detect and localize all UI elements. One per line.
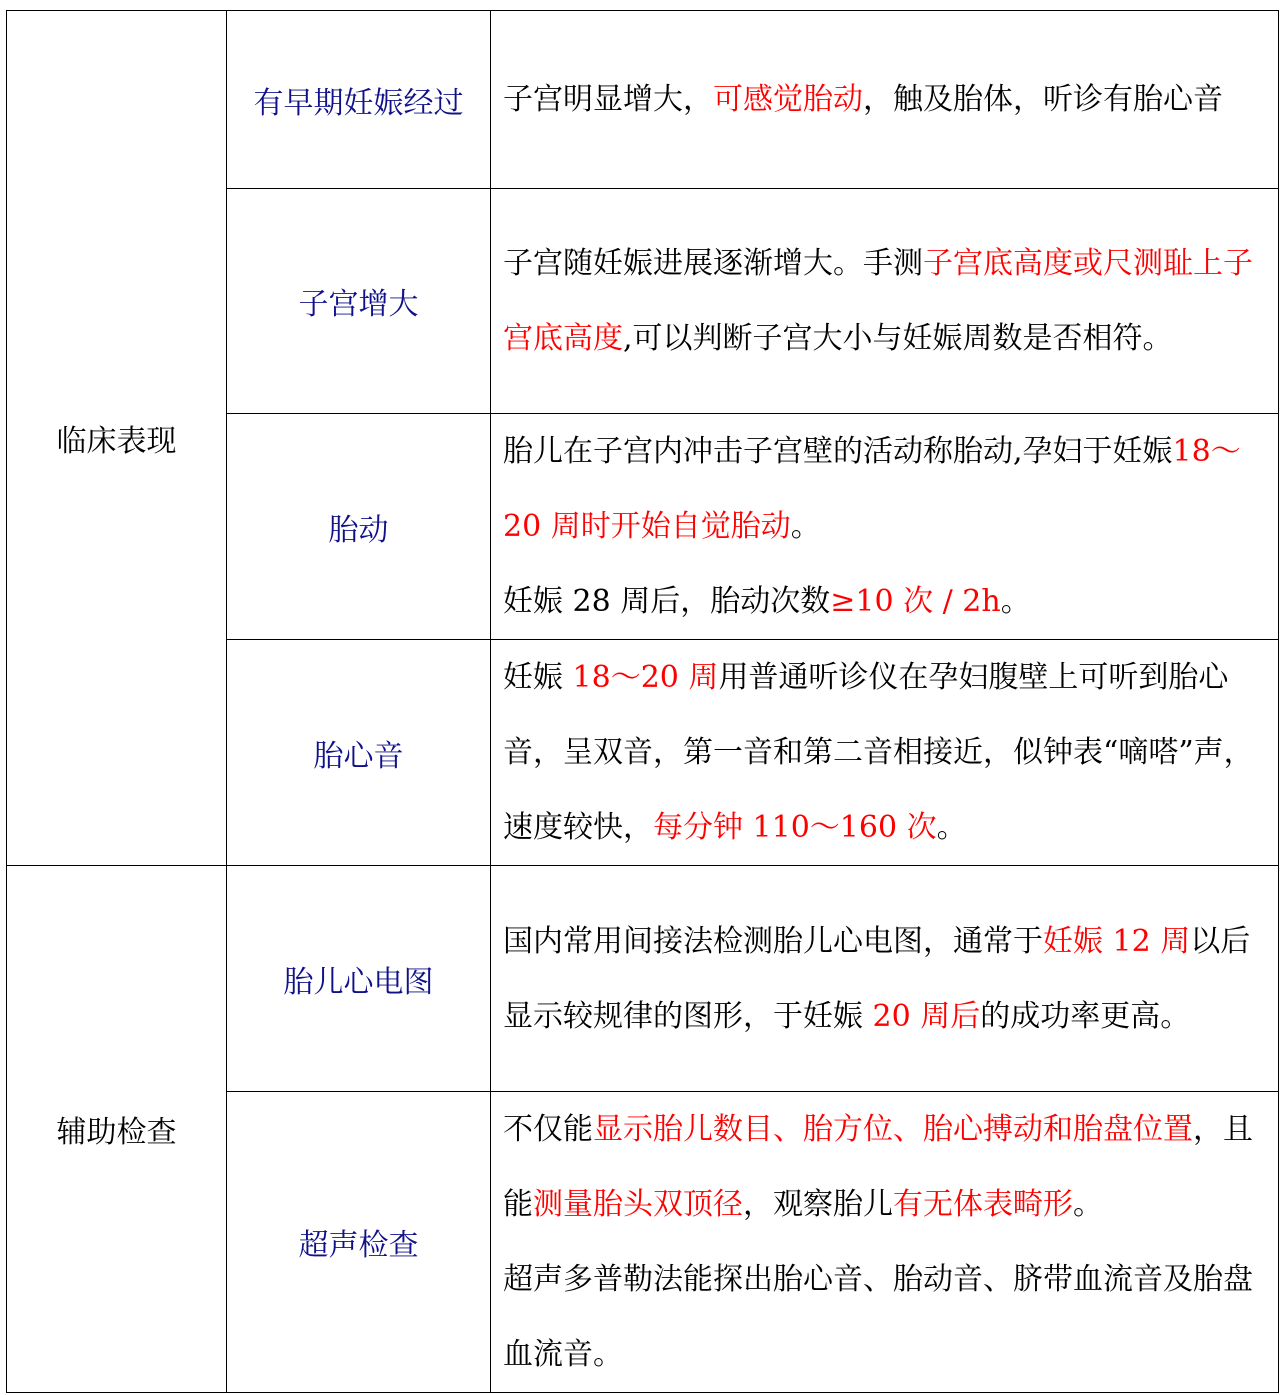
highlighted-text: ≥10 次 / 2h (830, 584, 1000, 619)
body-text: 。 (791, 509, 821, 544)
highlighted-text: 20 周后 (873, 999, 981, 1034)
subcategory-cell: 胎动 (227, 414, 491, 640)
body-text: ,可以判断子宫大小与妊娠周数是否相符。 (623, 321, 1173, 356)
body-text: 。 (937, 810, 967, 845)
content-paragraph: 子宫随妊娠进展逐渐增大。手测子宫底高度或尺测耻上子宫底高度,可以判断子宫大小与妊… (503, 226, 1266, 376)
pregnancy-diagnosis-table: 临床表现 有早期妊娠经过 子宫明显增大，可感觉胎动，触及胎体，听诊有胎心音 子宫… (6, 10, 1279, 1393)
body-text: ，观察胎儿 (743, 1187, 893, 1222)
body-text: 。 (1001, 584, 1031, 619)
body-text: 的成功率更高。 (980, 999, 1190, 1034)
content-paragraph: 国内常用间接法检测胎儿心电图，通常于妊娠 12 周以后显示较规律的图形，于妊娠 … (503, 904, 1266, 1054)
subcategory-cell: 有早期妊娠经过 (227, 11, 491, 189)
category-cell: 辅助检查 (7, 866, 227, 1393)
table-row: 辅助检查 胎儿心电图 国内常用间接法检测胎儿心电图，通常于妊娠 12 周以后显示… (7, 866, 1279, 1092)
content-paragraph: 子宫明显增大，可感觉胎动，触及胎体，听诊有胎心音 (503, 62, 1266, 137)
body-text: ，触及胎体，听诊有胎心音 (863, 82, 1223, 117)
body-text: 。 (1073, 1187, 1103, 1222)
body-text: 胎儿在子宫内冲击子宫壁的活动称胎动,孕妇于妊娠 (503, 434, 1173, 469)
content-cell: 妊娠 18～20 周用普通听诊仪在孕妇腹壁上可听到胎心音，呈双音，第一音和第二音… (491, 640, 1279, 866)
content-cell: 国内常用间接法检测胎儿心电图，通常于妊娠 12 周以后显示较规律的图形，于妊娠 … (491, 866, 1279, 1092)
body-text: 子宫明显增大， (503, 82, 713, 117)
body-text: 妊娠 (503, 660, 573, 695)
subcategory-cell: 子宫增大 (227, 189, 491, 414)
body-text: 子宫随妊娠进展逐渐增大。手测 (503, 246, 923, 281)
body-text: 国内常用间接法检测胎儿心电图，通常于 (503, 924, 1043, 959)
body-text: 超声多普勒法能探出胎心音、胎动音、脐带血流音及胎盘血流音。 (503, 1262, 1253, 1372)
table-row: 临床表现 有早期妊娠经过 子宫明显增大，可感觉胎动，触及胎体，听诊有胎心音 (7, 11, 1279, 189)
subcategory-cell: 胎心音 (227, 640, 491, 866)
content-paragraph: 妊娠 18～20 周用普通听诊仪在孕妇腹壁上可听到胎心音，呈双音，第一音和第二音… (503, 640, 1266, 865)
content-cell: 子宫明显增大，可感觉胎动，触及胎体，听诊有胎心音 (491, 11, 1279, 189)
content-paragraph: 超声多普勒法能探出胎心音、胎动音、脐带血流音及胎盘血流音。 (503, 1242, 1266, 1392)
category-cell: 临床表现 (7, 11, 227, 866)
body-text: 不仅能 (503, 1112, 593, 1147)
subcategory-cell: 胎儿心电图 (227, 866, 491, 1092)
highlighted-text: 妊娠 12 周 (1043, 924, 1190, 959)
highlighted-text: 可感觉胎动 (713, 82, 863, 117)
highlighted-text: 显示胎儿数目、胎方位、胎心搏动和胎盘位置 (593, 1112, 1193, 1147)
content-cell: 子宫随妊娠进展逐渐增大。手测子宫底高度或尺测耻上子宫底高度,可以判断子宫大小与妊… (491, 189, 1279, 414)
subcategory-cell: 超声检查 (227, 1092, 491, 1393)
content-paragraph: 妊娠 28 周后，胎动次数≥10 次 / 2h。 (503, 564, 1266, 639)
content-paragraph: 不仅能显示胎儿数目、胎方位、胎心搏动和胎盘位置，且能测量胎头双顶径，观察胎儿有无… (503, 1092, 1266, 1242)
body-text: 妊娠 28 周后，胎动次数 (503, 584, 830, 619)
content-cell: 胎儿在子宫内冲击子宫壁的活动称胎动,孕妇于妊娠18～20 周时开始自觉胎动。妊娠… (491, 414, 1279, 640)
content-cell: 不仅能显示胎儿数目、胎方位、胎心搏动和胎盘位置，且能测量胎头双顶径，观察胎儿有无… (491, 1092, 1279, 1393)
highlighted-text: 18～20 周 (573, 660, 719, 695)
content-paragraph: 胎儿在子宫内冲击子宫壁的活动称胎动,孕妇于妊娠18～20 周时开始自觉胎动。 (503, 414, 1266, 564)
highlighted-text: 测量胎头双顶径 (533, 1187, 743, 1222)
highlighted-text: 有无体表畸形 (893, 1187, 1073, 1222)
highlighted-text: 每分钟 110～160 次 (653, 810, 937, 845)
